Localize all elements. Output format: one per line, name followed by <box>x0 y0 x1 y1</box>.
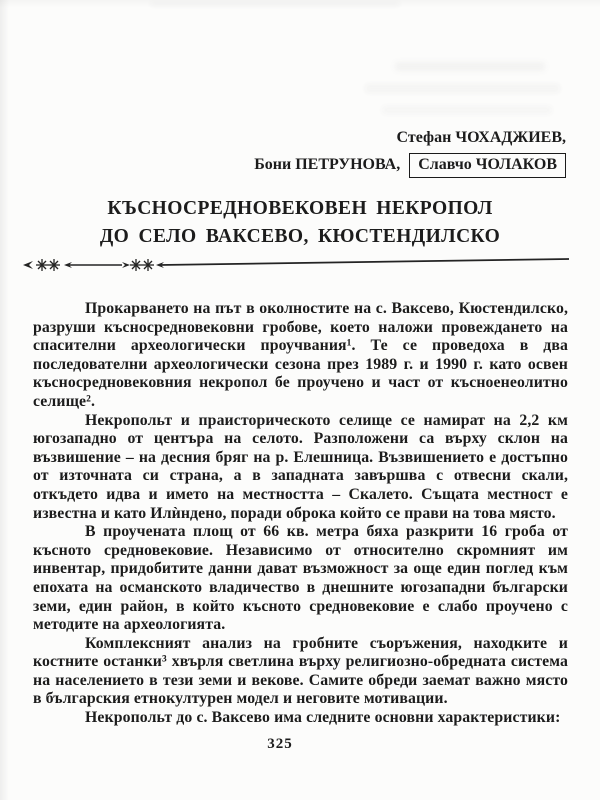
article-body: Прокарването на път в околностите на с. … <box>33 300 568 728</box>
ornamental-arrow-star-rule-icon <box>22 254 570 274</box>
author-line-2: Бони ПЕТРУНОВА, Славчо ЧОЛАКОВ <box>0 151 566 178</box>
ornamental-divider <box>22 254 600 274</box>
author-line-1: Стефан ЧОХАДЖИЕВ, <box>0 124 566 151</box>
memorial-boxed-author-name: Славчо ЧОЛАКОВ <box>409 153 566 178</box>
paragraph: В проучената площ от 66 кв. метра бяха р… <box>33 523 568 635</box>
article-title: КЪСНОСРЕДНОВЕКОВЕН НЕКРОПОЛ ДО СЕЛО ВАКС… <box>0 195 600 251</box>
article-title-line-1: КЪСНОСРЕДНОВЕКОВЕН НЕКРОПОЛ <box>0 195 600 223</box>
page-number: 325 <box>0 736 560 753</box>
paragraph: Комплексният анализ на гробните съоръжен… <box>33 635 568 709</box>
author-name: Бони ПЕТРУНОВА, <box>254 156 400 173</box>
paragraph: Некропольт до с. Ваксево има следните ос… <box>33 709 568 728</box>
article-title-line-2: ДО СЕЛО ВАКСЕВО, КЮСТЕНДИЛСКО <box>0 223 600 251</box>
paragraph: Прокарването на път в околностите на с. … <box>33 300 568 412</box>
authors-block: Стефан ЧОХАДЖИЕВ, Бони ПЕТРУНОВА, Славчо… <box>0 0 600 178</box>
paragraph: Некропольт и праисторическото селище се … <box>33 412 568 524</box>
author-name: Стефан ЧОХАДЖИЕВ, <box>397 129 566 146</box>
scanned-article-page: Стефан ЧОХАДЖИЕВ, Бони ПЕТРУНОВА, Славчо… <box>0 0 600 800</box>
